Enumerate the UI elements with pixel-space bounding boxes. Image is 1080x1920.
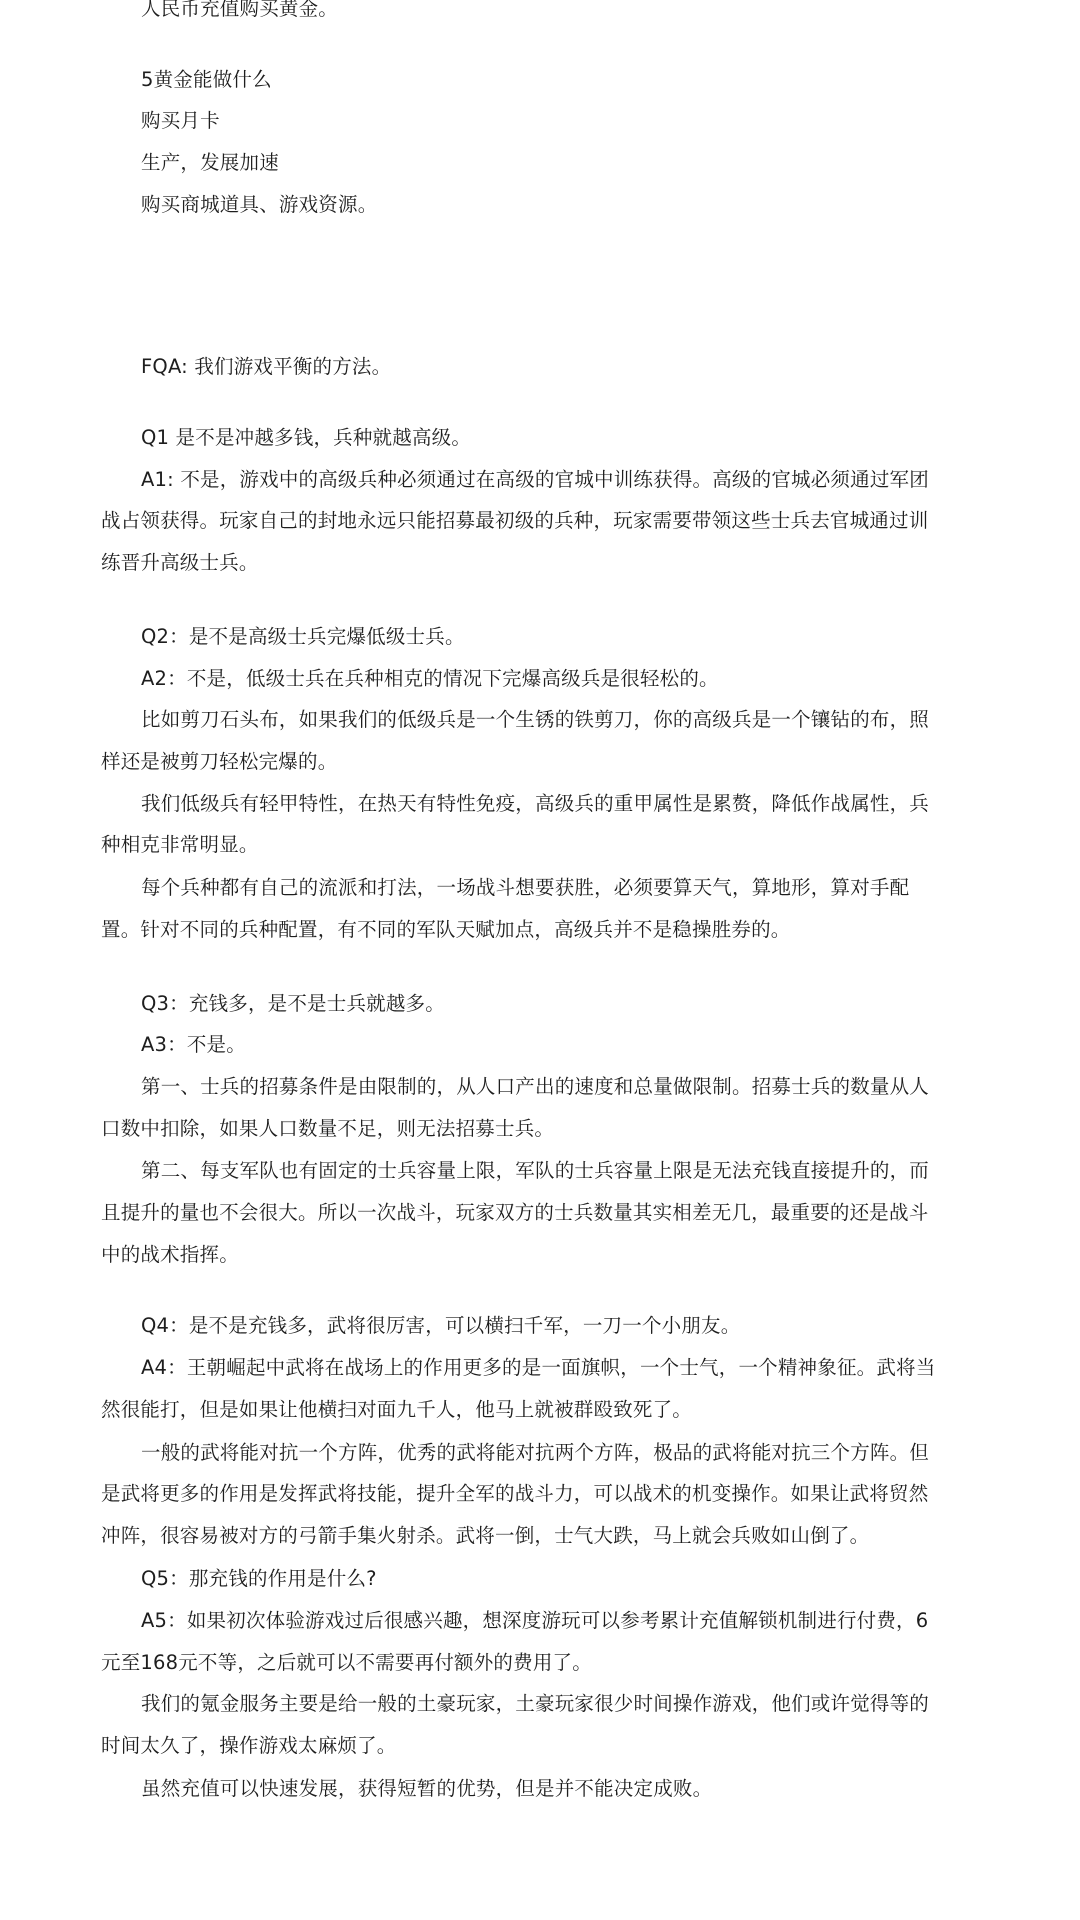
text-line: 是武将更多的作用是发挥武将技能，提升全军的战斗力，可以战术的机变操作。如果让武将… — [101, 1473, 928, 1515]
text-line: Q5：那充钱的作用是什么? — [141, 1558, 377, 1600]
text-line: Q1 是不是冲越多钱，兵种就越高级。 — [141, 417, 471, 459]
text-line: A3：不是。 — [141, 1024, 246, 1066]
text-line: Q2：是不是高级士兵完爆低级士兵。 — [141, 616, 465, 658]
text-line: 5黄金能做什么 — [141, 59, 272, 101]
text-line: 然很能打，但是如果让他横扫对面九千人，他马上就被群殴致死了。 — [101, 1389, 692, 1431]
text-line: A2：不是，低级士兵在兵种相克的情况下完爆高级兵是很轻松的。 — [141, 658, 719, 700]
text-line: 比如剪刀石头布，如果我们的低级兵是一个生锈的铁剪刀，你的高级兵是一个镶钻的布，照 — [141, 699, 929, 741]
text-line: 一般的武将能对抗一个方阵，优秀的武将能对抗两个方阵，极品的武将能对抗三个方阵。但 — [141, 1432, 929, 1474]
text-line: 置。针对不同的兵种配置，有不同的军队天赋加点，高级兵并不是稳操胜券的。 — [101, 909, 791, 951]
text-line: 第一、士兵的招募条件是由限制的，从人口产出的速度和总量做限制。招募士兵的数量从人 — [141, 1066, 929, 1108]
text-line: A4：王朝崛起中武将在战场上的作用更多的是一面旗帜，一个士气，一个精神象征。武将… — [141, 1347, 935, 1389]
text-line: 虽然充值可以快速发展，获得短暂的优势，但是并不能决定成败。 — [141, 1768, 712, 1810]
text-line: 购买商城道具、游戏资源。 — [141, 184, 377, 226]
text-line: FQA: 我们游戏平衡的方法。 — [141, 346, 391, 388]
text-line: 我们的氪金服务主要是给一般的土豪玩家，土豪玩家很少时间操作游戏，他们或许觉得等的 — [141, 1683, 929, 1725]
text-line: 种相克非常明显。 — [101, 824, 259, 866]
text-line: Q3：充钱多，是不是士兵就越多。 — [141, 983, 445, 1025]
text-line: 第二、每支军队也有固定的士兵容量上限，军队的士兵容量上限是无法充钱直接提升的，而 — [141, 1150, 929, 1192]
text-line: 且提升的量也不会很大。所以一次战斗，玩家双方的士兵数量其实相差无几，最重要的还是… — [101, 1192, 928, 1234]
text-line: 样还是被剪刀轻松完爆的。 — [101, 741, 337, 783]
text-line: 中的战术指挥。 — [101, 1234, 239, 1276]
text-line: 口数中扣除，如果人口数量不足，则无法招募士兵。 — [101, 1108, 554, 1150]
text-line: 购买月卡 — [141, 100, 220, 142]
text-line: 练晋升高级士兵。 — [101, 542, 259, 584]
text-line: A5：如果初次体验游戏过后很感兴趣，想深度游玩可以参考累计充值解锁机制进行付费，… — [141, 1600, 928, 1642]
text-line: 每个兵种都有自己的流派和打法，一场战斗想要获胜，必须要算天气，算地形，算对手配 — [141, 867, 909, 909]
text-line: 人民币充值购买黄金。 — [141, 0, 338, 30]
document-body: 人民币充值购买黄金。5黄金能做什么购买月卡生产，发展加速购买商城道具、游戏资源。… — [0, 0, 1080, 1920]
text-line: 战占领获得。玩家自己的封地永远只能招募最初级的兵种，玩家需要带领这些士兵去官城通… — [101, 500, 928, 542]
text-line: 元至168元不等，之后就可以不需要再付额外的费用了。 — [101, 1642, 592, 1684]
text-line: 生产，发展加速 — [141, 142, 279, 184]
text-line: Q4：是不是充钱多，武将很厉害，可以横扫千军，一刀一个小朋友。 — [141, 1305, 740, 1347]
text-line: A1: 不是，游戏中的高级兵种必须通过在高级的官城中训练获得。高级的官城必须通过… — [141, 459, 929, 501]
text-line: 冲阵，很容易被对方的弓箭手集火射杀。武将一倒，士气大跌，马上就会兵败如山倒了。 — [101, 1515, 869, 1557]
text-line: 我们低级兵有轻甲特性，在热天有特性免疫，高级兵的重甲属性是累赘，降低作战属性，兵 — [141, 783, 929, 825]
text-line: 时间太久了，操作游戏太麻烦了。 — [101, 1725, 397, 1767]
